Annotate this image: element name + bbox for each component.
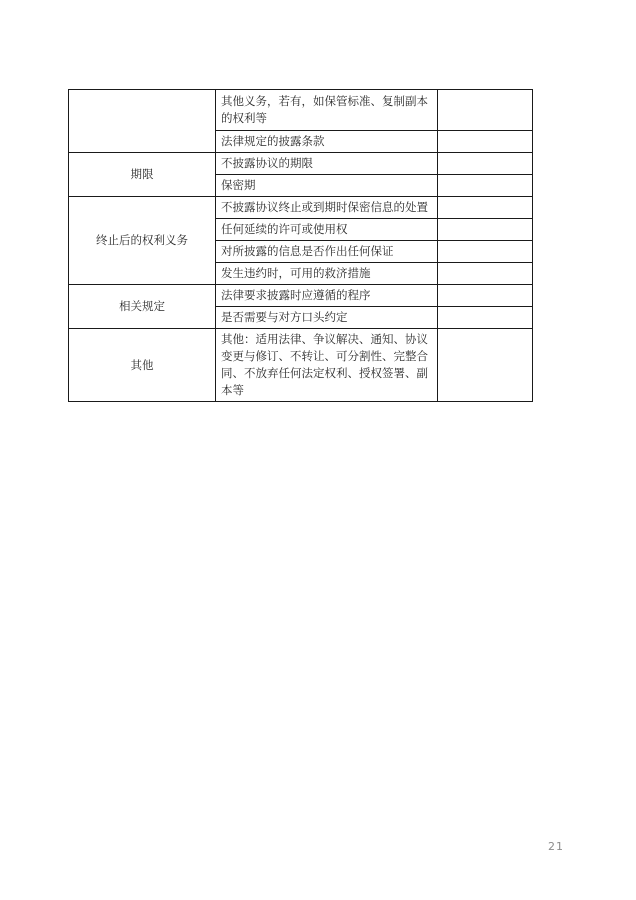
table-row: 其他义务，若有，如保管标准、复制副本的权利等 (69, 90, 533, 131)
review-blank-cell (438, 329, 533, 402)
section-label-cell: 期限 (69, 153, 216, 197)
review-blank-cell (438, 307, 533, 329)
page-number: 21 (548, 840, 564, 853)
section-label-cell (69, 90, 216, 153)
document-page: 其他义务，若有，如保管标准、复制副本的权利等 法律规定的披露条款 期限 不披露协… (0, 0, 636, 900)
item-text-cell: 其他义务，若有，如保管标准、复制副本的权利等 (216, 90, 438, 131)
review-blank-cell (438, 153, 533, 175)
item-text-cell: 发生违约时，可用的救济措施 (216, 263, 438, 285)
item-text-cell: 其他：适用法律、争议解决、通知、协议变更与修订、不转让、可分割性、完整合同、不放… (216, 329, 438, 402)
item-text-cell: 不披露协议的期限 (216, 153, 438, 175)
item-text-cell: 对所披露的信息是否作出任何保证 (216, 241, 438, 263)
section-label-cell: 其他 (69, 329, 216, 402)
section-label-cell: 相关规定 (69, 285, 216, 329)
review-blank-cell (438, 197, 533, 219)
review-blank-cell (438, 285, 533, 307)
item-text-cell: 不披露协议终止或到期时保密信息的处置 (216, 197, 438, 219)
review-blank-cell (438, 175, 533, 197)
table-row: 终止后的权利义务 不披露协议终止或到期时保密信息的处置 (69, 197, 533, 219)
item-text-cell: 是否需要与对方口头约定 (216, 307, 438, 329)
item-text-cell: 保密期 (216, 175, 438, 197)
review-blank-cell (438, 219, 533, 241)
item-text-cell: 任何延续的许可或使用权 (216, 219, 438, 241)
table-row: 相关规定 法律要求披露时应遵循的程序 (69, 285, 533, 307)
review-blank-cell (438, 263, 533, 285)
section-label-cell: 终止后的权利义务 (69, 197, 216, 285)
item-text-cell: 法律要求披露时应遵循的程序 (216, 285, 438, 307)
nda-review-checklist-table: 其他义务，若有，如保管标准、复制副本的权利等 法律规定的披露条款 期限 不披露协… (68, 89, 533, 402)
table-row: 期限 不披露协议的期限 (69, 153, 533, 175)
table-row: 其他 其他：适用法律、争议解决、通知、协议变更与修订、不转让、可分割性、完整合同… (69, 329, 533, 402)
item-text-cell: 法律规定的披露条款 (216, 131, 438, 153)
review-blank-cell (438, 241, 533, 263)
review-blank-cell (438, 90, 533, 131)
review-blank-cell (438, 131, 533, 153)
